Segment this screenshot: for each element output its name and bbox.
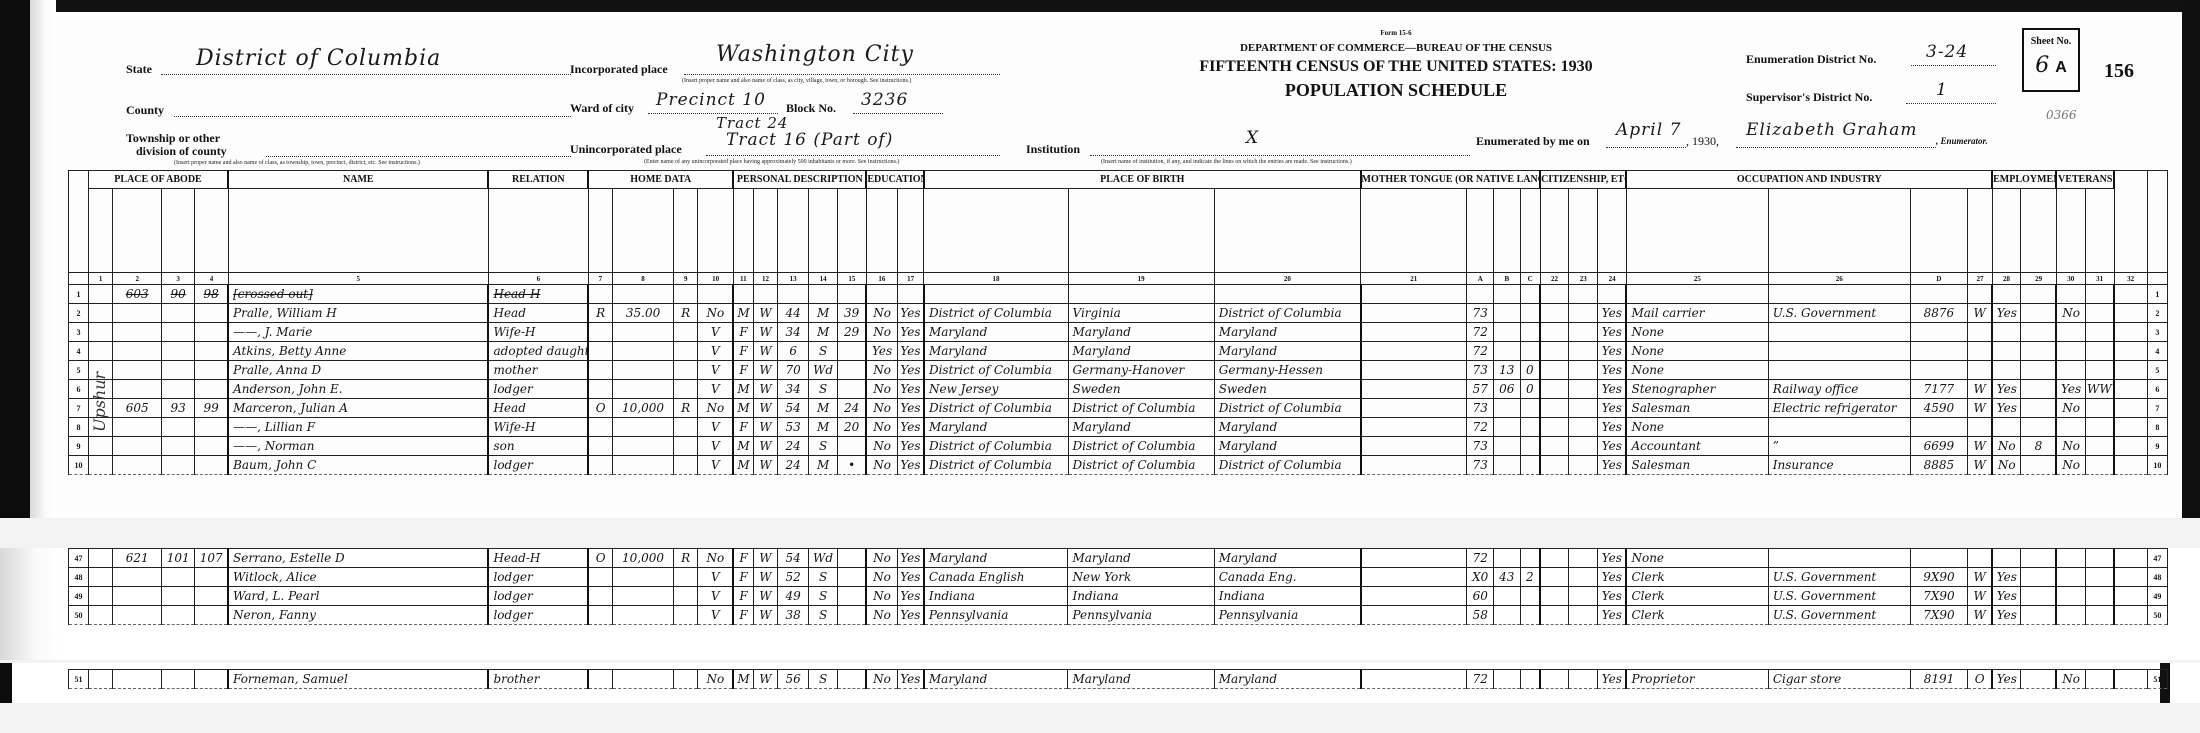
line-number: 5	[69, 361, 89, 380]
industry-cell: U.S. Government	[1768, 568, 1910, 587]
industry-cell	[1768, 549, 1910, 568]
birth-person-cell: District of Columbia	[924, 399, 1068, 418]
unemp-line-cell	[2021, 285, 2056, 304]
column-header-c17	[897, 189, 924, 273]
line-number-right: 9	[2147, 437, 2167, 456]
column-number: 29	[2021, 273, 2056, 285]
sex-cell: F	[733, 342, 753, 361]
at-work-cell	[1992, 549, 2021, 568]
code-b-cell	[1494, 418, 1521, 437]
naturalization-cell	[1569, 606, 1598, 625]
occupation-cell: Stenographer	[1626, 380, 1768, 399]
radio-cell: R	[674, 399, 698, 418]
code-a-cell: 72	[1467, 342, 1494, 361]
class-worker-cell: W	[1968, 456, 1992, 475]
radio-cell	[674, 361, 698, 380]
state-line	[161, 74, 571, 75]
age-cell: 38	[778, 606, 809, 625]
occupation-cell: Salesman	[1626, 456, 1768, 475]
enumerator-line	[1736, 147, 1936, 148]
sex-cell: M	[733, 437, 753, 456]
owned-cell	[588, 670, 612, 689]
line-number: 48	[69, 568, 89, 587]
race-cell: W	[753, 418, 777, 437]
relation-cell: Head	[488, 399, 588, 418]
radio-cell	[674, 568, 698, 587]
owned-cell	[588, 323, 612, 342]
birth-person-cell	[924, 285, 1068, 304]
code-b-cell	[1494, 456, 1521, 475]
school-cell: No	[866, 399, 897, 418]
line-number-right: 8	[2147, 418, 2167, 437]
column-number: 30	[2056, 273, 2085, 285]
veteran-cell	[2056, 285, 2085, 304]
street-cell	[88, 549, 112, 568]
language-cell	[1361, 304, 1467, 323]
line-number: 1	[69, 285, 89, 304]
relation-cell: brother	[488, 670, 588, 689]
radio-cell	[674, 587, 698, 606]
value-cell	[613, 456, 674, 475]
family-cell	[195, 606, 228, 625]
first-marriage-cell: 20	[837, 418, 866, 437]
industry-cell: U.S. Government	[1768, 606, 1910, 625]
dwelling-cell	[162, 323, 195, 342]
owned-cell: O	[588, 549, 612, 568]
sex-cell: F	[733, 418, 753, 437]
column-header-c10	[698, 189, 733, 273]
code-d-cell	[1910, 418, 1968, 437]
birth-person-cell: District of Columbia	[924, 456, 1068, 475]
war-cell: WW	[2085, 380, 2114, 399]
code-b-cell	[1494, 399, 1521, 418]
farm-cell: V	[698, 587, 733, 606]
house-cell	[113, 323, 162, 342]
class-worker-cell	[1968, 418, 1992, 437]
county-line	[174, 116, 571, 117]
column-header-c4	[195, 189, 228, 273]
occupation-cell: None	[1626, 323, 1768, 342]
industry-cell	[1768, 361, 1910, 380]
code-d-cell: 8885	[1910, 456, 1968, 475]
first-marriage-cell	[837, 587, 866, 606]
language-cell	[1361, 380, 1467, 399]
column-number: 26	[1768, 273, 1910, 285]
at-work-cell	[1992, 342, 2021, 361]
column-group-header: PLACE OF ABODE	[88, 171, 228, 189]
language-cell	[1361, 587, 1467, 606]
race-cell: W	[753, 437, 777, 456]
race-cell	[753, 285, 777, 304]
column-number: 16	[866, 273, 897, 285]
occupation-cell: Clerk	[1626, 568, 1768, 587]
family-cell	[195, 323, 228, 342]
street-cell	[88, 456, 112, 475]
column-number: 6	[488, 273, 588, 285]
read-write-cell: Yes	[897, 399, 924, 418]
supervisor-district-line	[1906, 103, 1996, 104]
code-a-cell: 72	[1467, 549, 1494, 568]
industry-cell: U.S. Government	[1768, 587, 1910, 606]
census-row: 76059399Marceron, Julian AHeadO10,000RNo…	[69, 399, 2168, 418]
column-header-cA	[1467, 189, 1494, 273]
radio-cell	[674, 285, 698, 304]
value-cell: 35.00	[613, 304, 674, 323]
farm-schedule-header-top	[2114, 171, 2147, 273]
enumeration-district-line	[1911, 65, 1996, 66]
unemp-line-cell: 8	[2021, 437, 2056, 456]
unemp-line-cell	[2021, 606, 2056, 625]
column-header-c19	[1068, 189, 1214, 273]
code-a-cell: 73	[1467, 399, 1494, 418]
sex-cell: F	[733, 323, 753, 342]
column-number: 3	[162, 273, 195, 285]
institution-line	[1090, 155, 1470, 156]
street-cell	[88, 342, 112, 361]
marital-cell: Wd	[809, 549, 838, 568]
dwelling-cell	[162, 437, 195, 456]
name-cell: Baum, John C	[228, 456, 488, 475]
birth-person-cell: District of Columbia	[924, 361, 1068, 380]
race-cell: W	[753, 587, 777, 606]
marital-cell: S	[809, 587, 838, 606]
owned-cell	[588, 380, 612, 399]
column-header-c18	[924, 189, 1068, 273]
code-b-cell: 06	[1494, 380, 1521, 399]
read-write-cell: Yes	[897, 670, 924, 689]
code-d-cell: 7177	[1910, 380, 1968, 399]
birth-mother-cell: Pennsylvania	[1214, 606, 1360, 625]
read-write-cell: Yes	[897, 342, 924, 361]
dwelling-cell	[162, 418, 195, 437]
immigration-cell	[1540, 587, 1569, 606]
immigration-cell	[1540, 342, 1569, 361]
name-cell: Forneman, Samuel	[228, 670, 488, 689]
birth-father-cell	[1068, 285, 1214, 304]
value-cell	[613, 670, 674, 689]
code-b-cell	[1494, 342, 1521, 361]
veteran-cell: No	[2056, 399, 2085, 418]
column-header-c12	[753, 189, 777, 273]
column-group-header: PERSONAL DESCRIPTION	[733, 171, 866, 189]
birth-person-cell: Maryland	[924, 342, 1068, 361]
column-number: 4	[195, 273, 228, 285]
naturalization-cell	[1569, 323, 1598, 342]
age-cell: 44	[778, 304, 809, 323]
naturalization-cell	[1569, 304, 1598, 323]
line-number-right: 4	[2147, 342, 2167, 361]
street-cell	[88, 323, 112, 342]
census-row: 16039098[crossed out]Head-H1	[69, 285, 2168, 304]
age-cell	[778, 285, 809, 304]
veteran-cell: No	[2056, 437, 2085, 456]
read-write-cell: Yes	[897, 456, 924, 475]
birth-father-cell: Pennsylvania	[1068, 606, 1214, 625]
column-number: 5	[228, 273, 488, 285]
birth-person-cell: Maryland	[924, 323, 1068, 342]
war-cell	[2085, 418, 2114, 437]
value-cell	[613, 606, 674, 625]
sex-cell: M	[733, 304, 753, 323]
code-b-cell	[1494, 549, 1521, 568]
name-cell: Pralle, Anna D	[228, 361, 488, 380]
column-header-c22	[1540, 189, 1569, 273]
column-number: 25	[1626, 273, 1768, 285]
farm-schedule-cell	[2114, 670, 2147, 689]
read-write-cell: Yes	[897, 380, 924, 399]
veteran-cell	[2056, 549, 2085, 568]
industry-cell: Railway office	[1768, 380, 1910, 399]
birth-father-cell: Maryland	[1068, 323, 1214, 342]
industry-cell: U.S. Government	[1768, 304, 1910, 323]
birth-mother-cell: Maryland	[1214, 549, 1360, 568]
age-cell: 6	[778, 342, 809, 361]
sex-cell: F	[733, 587, 753, 606]
name-cell: Anderson, John E.	[228, 380, 488, 399]
scan-border-right	[2182, 0, 2200, 518]
age-cell: 56	[778, 670, 809, 689]
read-write-cell: Yes	[897, 606, 924, 625]
occupation-cell: None	[1626, 418, 1768, 437]
column-header-c7	[588, 189, 612, 273]
war-cell	[2085, 361, 2114, 380]
census-row: 48Witlock, AlicelodgerVFW52SNoYesCanada …	[69, 568, 2168, 587]
veteran-cell: No	[2056, 304, 2085, 323]
house-cell	[113, 380, 162, 399]
school-cell: No	[866, 670, 897, 689]
unemp-line-cell	[2021, 549, 2056, 568]
dwelling-cell	[162, 304, 195, 323]
code-c-cell	[1520, 437, 1540, 456]
line-number-right: 51	[2147, 670, 2167, 689]
occupation-cell: None	[1626, 342, 1768, 361]
unincorporated-note: (Enter name of any unincorporated place …	[644, 159, 899, 165]
english-cell: Yes	[1598, 456, 1627, 475]
code-c-cell: 0	[1520, 380, 1540, 399]
immigration-cell	[1540, 285, 1569, 304]
dwelling-cell: 90	[162, 285, 195, 304]
unemp-line-cell	[2021, 568, 2056, 587]
farm-cell: V	[698, 323, 733, 342]
radio-cell	[674, 323, 698, 342]
war-cell	[2085, 342, 2114, 361]
veteran-cell	[2056, 342, 2085, 361]
column-number: 11	[733, 273, 753, 285]
family-cell	[195, 418, 228, 437]
english-cell: Yes	[1598, 418, 1627, 437]
value-cell	[613, 380, 674, 399]
unemp-line-cell	[2021, 418, 2056, 437]
birth-person-cell: Maryland	[924, 549, 1068, 568]
radio-cell	[674, 380, 698, 399]
marital-cell: S	[809, 670, 838, 689]
line-number: 7	[69, 399, 89, 418]
code-a-cell: 73	[1467, 437, 1494, 456]
birth-person-cell: District of Columbia	[924, 437, 1068, 456]
marital-cell: M	[809, 418, 838, 437]
class-worker-cell: O	[1968, 670, 1992, 689]
language-cell	[1361, 549, 1467, 568]
column-group-header: OCCUPATION AND INDUSTRY	[1626, 171, 1992, 189]
birth-father-cell: Sweden	[1068, 380, 1214, 399]
read-write-cell: Yes	[897, 549, 924, 568]
class-worker-cell	[1968, 549, 1992, 568]
name-cell: Serrano, Estelle D	[228, 549, 488, 568]
column-header-c23	[1569, 189, 1598, 273]
line-number: 50	[69, 606, 89, 625]
age-cell: 34	[778, 323, 809, 342]
house-cell	[113, 456, 162, 475]
incorporated-note: (Insert proper name and also name of cla…	[682, 78, 911, 84]
sex-cell: M	[733, 670, 753, 689]
naturalization-cell	[1569, 437, 1598, 456]
occupation-cell: Clerk	[1626, 587, 1768, 606]
family-cell: 107	[195, 549, 228, 568]
column-header-cB	[1494, 189, 1521, 273]
code-d-cell: 4590	[1910, 399, 1968, 418]
owned-cell	[588, 342, 612, 361]
farm-cell: V	[698, 568, 733, 587]
dwelling-cell	[162, 342, 195, 361]
marital-cell: S	[809, 568, 838, 587]
birth-mother-cell: Maryland	[1214, 437, 1360, 456]
class-worker-cell: W	[1968, 437, 1992, 456]
farm-schedule-cell	[2114, 399, 2147, 418]
sex-cell: M	[733, 456, 753, 475]
column-number: 18	[924, 273, 1068, 285]
code-a-cell: X0	[1467, 568, 1494, 587]
marital-cell: S	[809, 606, 838, 625]
scan-edge	[30, 0, 56, 518]
farm-cell: No	[698, 304, 733, 323]
first-marriage-cell	[837, 437, 866, 456]
birth-father-cell: Indiana	[1068, 587, 1214, 606]
name-cell: Witlock, Alice	[228, 568, 488, 587]
birth-mother-cell: Indiana	[1214, 587, 1360, 606]
language-cell	[1361, 437, 1467, 456]
farm-cell: V	[698, 380, 733, 399]
code-c-cell	[1520, 549, 1540, 568]
unemp-line-cell	[2021, 670, 2056, 689]
census-table-top: PLACE OF ABODENAMERELATIONHOME DATAPERSO…	[68, 170, 2168, 475]
code-c-cell: 0	[1520, 361, 1540, 380]
race-cell: W	[753, 670, 777, 689]
first-marriage-cell	[837, 549, 866, 568]
english-cell: Yes	[1598, 437, 1627, 456]
house-cell	[113, 670, 162, 689]
supervisor-district-label: Supervisor's District No.	[1746, 90, 1872, 105]
occupation-cell: None	[1626, 361, 1768, 380]
code-c-cell	[1520, 342, 1540, 361]
sex-cell: F	[733, 568, 753, 587]
sex-cell: F	[733, 606, 753, 625]
census-sheet: State District of Columbia County Townsh…	[56, 12, 2182, 518]
war-cell	[2085, 323, 2114, 342]
unemp-line-cell	[2021, 587, 2056, 606]
column-group-header: EDUCATION	[866, 171, 924, 189]
owned-cell: R	[588, 304, 612, 323]
unemp-line-cell	[2021, 456, 2056, 475]
enumerated-year: , 1930,	[1686, 134, 1719, 149]
column-header-c15	[837, 189, 866, 273]
veteran-cell	[2056, 418, 2085, 437]
relation-cell: son	[488, 437, 588, 456]
code-c-cell	[1520, 606, 1540, 625]
unemp-line-cell	[2021, 380, 2056, 399]
english-cell: Yes	[1598, 380, 1627, 399]
column-number: 9	[674, 273, 698, 285]
name-cell: ——, Lillian F	[228, 418, 488, 437]
state-value: District of Columbia	[196, 46, 441, 71]
occupation-cell	[1626, 285, 1768, 304]
marital-cell: M	[809, 399, 838, 418]
class-worker-cell	[1968, 342, 1992, 361]
family-cell	[195, 456, 228, 475]
line-number: 49	[69, 587, 89, 606]
birth-mother-cell: Maryland	[1214, 342, 1360, 361]
first-marriage-cell	[837, 380, 866, 399]
english-cell: Yes	[1598, 549, 1627, 568]
enumerator-label: , Enumerator.	[1936, 136, 1988, 146]
immigration-cell	[1540, 549, 1569, 568]
column-number: 31	[2085, 273, 2114, 285]
class-worker-cell: W	[1968, 606, 1992, 625]
column-number: 10	[698, 273, 733, 285]
language-cell	[1361, 418, 1467, 437]
war-cell	[2085, 670, 2114, 689]
immigration-cell	[1540, 606, 1569, 625]
column-header-c14	[809, 189, 838, 273]
industry-cell: ”	[1768, 437, 1910, 456]
street-cell	[88, 670, 112, 689]
dwelling-cell	[162, 587, 195, 606]
column-group-header: RELATION	[488, 171, 588, 189]
class-worker-cell: W	[1968, 380, 1992, 399]
radio-cell	[674, 456, 698, 475]
english-cell: Yes	[1598, 361, 1627, 380]
race-cell: W	[753, 361, 777, 380]
war-cell	[2085, 568, 2114, 587]
code-a-cell: 72	[1467, 670, 1494, 689]
birth-mother-cell: District of Columbia	[1214, 456, 1360, 475]
census-row: 47621101107Serrano, Estelle DHead-HO10,0…	[69, 549, 2168, 568]
line-number-right: 50	[2147, 606, 2167, 625]
school-cell: No	[866, 568, 897, 587]
block-value: 3236	[861, 90, 908, 110]
column-header-c8	[613, 189, 674, 273]
owned-cell	[588, 418, 612, 437]
value-cell: 10,000	[613, 399, 674, 418]
birth-person-cell: Pennsylvania	[924, 606, 1068, 625]
census-row: 2Pralle, William HHeadR35.00RNoMW44M39No…	[69, 304, 2168, 323]
naturalization-cell	[1569, 549, 1598, 568]
family-cell	[195, 361, 228, 380]
birth-person-cell: Maryland	[924, 418, 1068, 437]
column-header-cD	[1910, 189, 1968, 273]
unincorporated-value: Tract 16 (Part of)	[726, 130, 893, 150]
read-write-cell: Yes	[897, 361, 924, 380]
value-cell	[613, 361, 674, 380]
line-number-right: 1	[2147, 285, 2167, 304]
veteran-cell	[2056, 361, 2085, 380]
code-d-cell	[1910, 361, 1968, 380]
read-write-cell: Yes	[897, 304, 924, 323]
age-cell: 24	[778, 437, 809, 456]
war-cell	[2085, 549, 2114, 568]
occupation-cell: Accountant	[1626, 437, 1768, 456]
marital-cell: M	[809, 323, 838, 342]
read-write-cell: Yes	[897, 418, 924, 437]
